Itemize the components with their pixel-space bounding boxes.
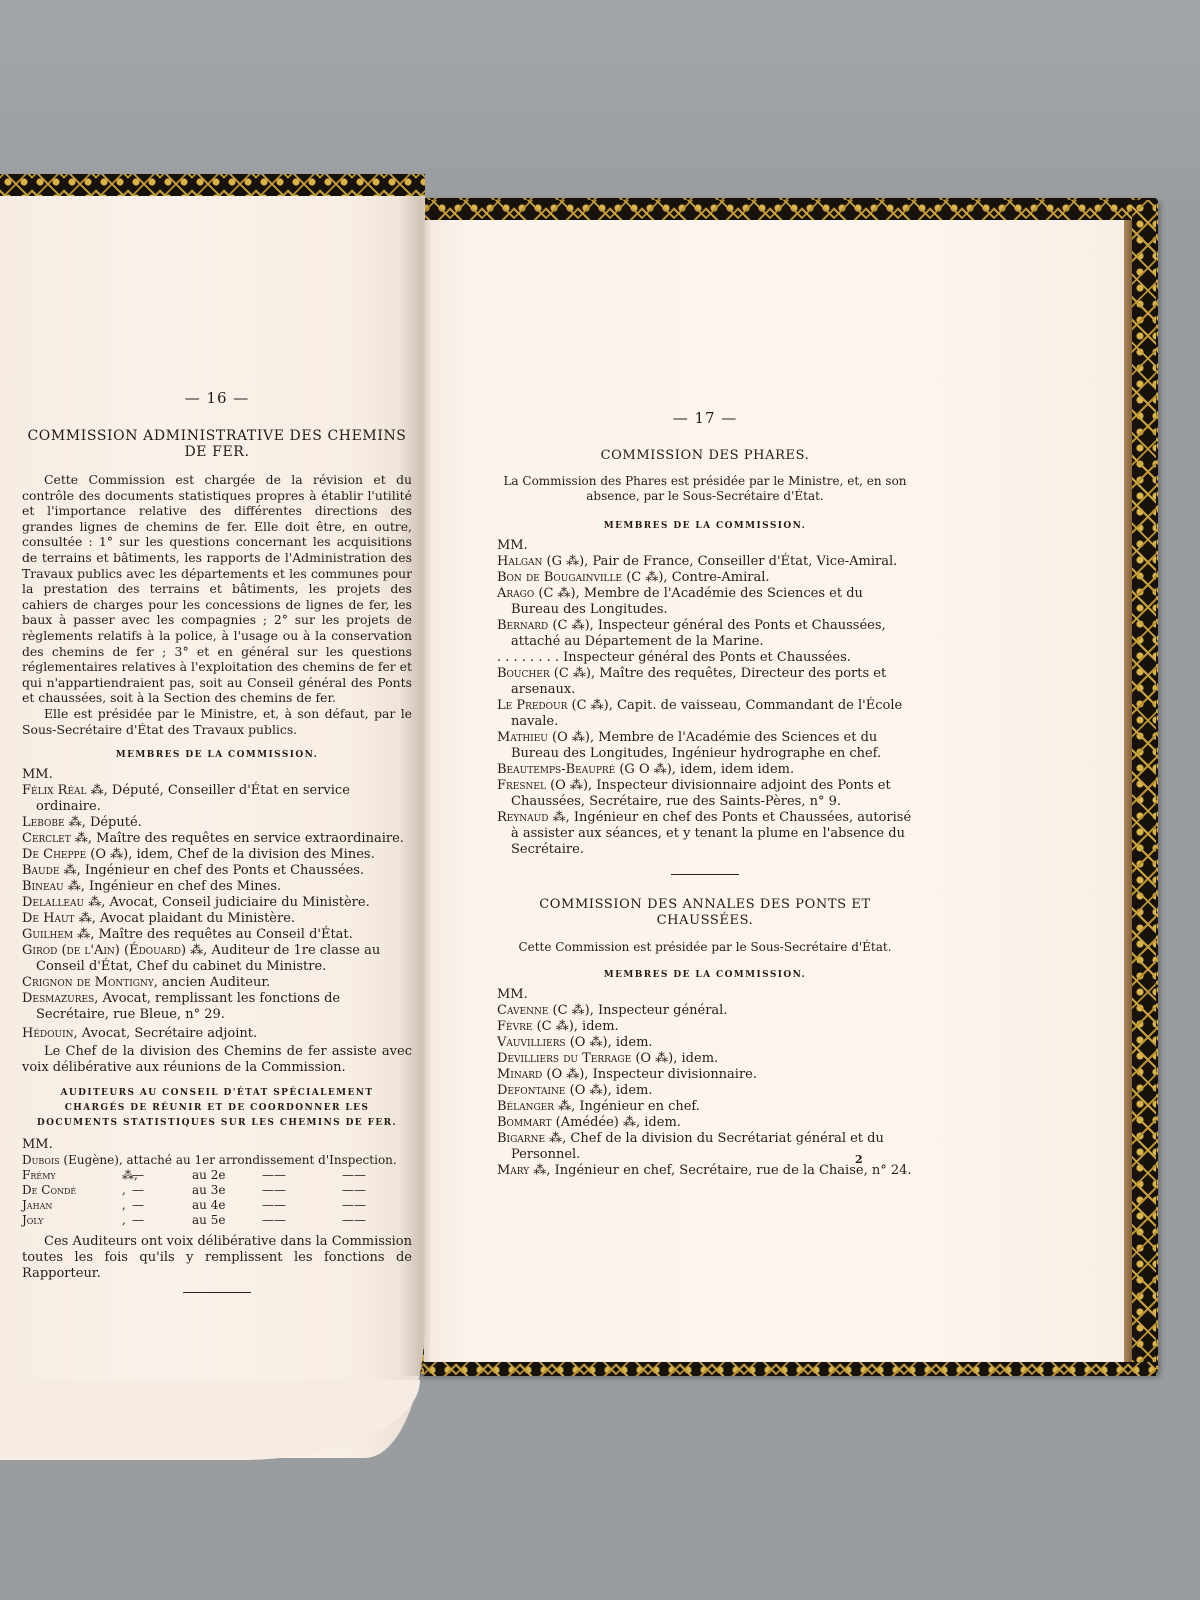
list-item: Le Predour (C ⁂), Capit. de vaisseau, Co…	[497, 698, 913, 730]
list-item: Delalleau ⁂, Avocat, Conseil judiciaire …	[22, 895, 412, 911]
members-heading: MEMBRES DE LA COMMISSION.	[22, 747, 412, 763]
members-heading: MEMBRES DE LA COMMISSION.	[497, 518, 913, 534]
list-item: Bigarne ⁂, Chef de la division du Secrét…	[497, 1131, 913, 1163]
list-item: Cavenne (C ⁂), Inspecteur général.	[497, 1003, 913, 1019]
list-item: Minard (O ⁂), Inspecteur divisionnaire.	[497, 1067, 913, 1083]
auditeurs-heading: AUDITEURS AU CONSEIL D'ÉTAT SPÉCIALEMENT…	[22, 1086, 412, 1131]
list-item: Joly,—au 5e————	[22, 1213, 412, 1228]
list-item: Girod (de l'Ain) (Édouard) ⁂, Auditeur d…	[22, 943, 412, 975]
background	[0, 0, 1200, 200]
list-item: Vauvilliers (O ⁂), idem.	[497, 1035, 913, 1051]
list-item: Félix Réal ⁂, Député, Conseiller d'État …	[22, 783, 412, 815]
list-item: Arago (C ⁂), Membre de l'Académie des Sc…	[497, 586, 913, 618]
list-item: Fèvre (C ⁂), idem.	[497, 1019, 913, 1035]
list-item: Mary ⁂, Ingénieur en chef, Secrétaire, r…	[497, 1163, 913, 1179]
divider	[671, 874, 739, 875]
list-item: Frémy ⁂,—au 2e————	[22, 1168, 412, 1183]
section-title: COMMISSION DES PHARES.	[497, 448, 913, 464]
member-list: Cavenne (C ⁂), Inspecteur général. Fèvre…	[497, 1003, 913, 1179]
list-item: Bommart (Amédée) ⁂, idem.	[497, 1115, 913, 1131]
closing-paragraph: Ces Auditeurs ont voix délibérative dans…	[22, 1234, 412, 1282]
list-item: Boucher (C ⁂), Maître des requêtes, Dire…	[497, 666, 913, 698]
right-page-text: — 17 — COMMISSION DES PHARES. La Commiss…	[497, 410, 913, 1179]
member-list: Halgan (G ⁂), Pair de France, Conseiller…	[497, 554, 913, 858]
divider	[183, 1292, 251, 1293]
list-item: Devilliers du Terrage (O ⁂), idem.	[497, 1051, 913, 1067]
list-item: Dubois (Eugène), attaché au 1er arrondis…	[22, 1153, 412, 1168]
list-item: Hédouin, Avocat, Secrétaire adjoint.	[22, 1026, 412, 1042]
list-item: Desmazures, Avocat, remplissant les fonc…	[22, 991, 412, 1023]
mm-label: MM.	[22, 1137, 412, 1153]
list-item: Guilhem ⁂, Maître des requêtes au Consei…	[22, 927, 412, 943]
list-item: Beautemps-Beaupré (G O ⁂), idem, idem id…	[497, 762, 913, 778]
list-item: De Condé,—au 3e————	[22, 1183, 412, 1198]
page-number: — 17 —	[497, 410, 913, 426]
list-item: Bernard (C ⁂), Inspecteur général des Po…	[497, 618, 913, 650]
list-item: Reynaud ⁂, Ingénieur en chef des Ponts e…	[497, 810, 913, 858]
intro-paragraph: La Commission des Phares est présidée pa…	[497, 474, 913, 504]
left-page-text: — 16 — COMMISSION ADMINISTRATIVE DES CHE…	[22, 390, 412, 1293]
gilt-border-right	[1132, 200, 1156, 1372]
gilt-border-top	[418, 200, 1156, 220]
members-heading: MEMBRES DE LA COMMISSION.	[497, 967, 913, 983]
mm-label: MM.	[497, 987, 913, 1003]
list-item: Fresnel (O ⁂), Inspecteur divisionnaire …	[497, 778, 913, 810]
list-item: Baude ⁂, Ingénieur en chef des Ponts et …	[22, 863, 412, 879]
mm-label: MM.	[22, 767, 412, 783]
list-item: Lebobe ⁂, Député.	[22, 815, 412, 831]
mm-label: MM.	[497, 538, 913, 554]
gilt-border-bottom	[424, 1362, 1156, 1376]
list-item: . . . . . . . . Inspecteur général des P…	[497, 650, 913, 666]
intro-paragraph: Cette Commission est présidée par le Sou…	[497, 939, 913, 955]
signature-mark: 2	[855, 1152, 863, 1168]
note-paragraph: Le Chef de la division des Chemins de fe…	[22, 1044, 412, 1076]
list-item: Mathieu (O ⁂), Membre de l'Académie des …	[497, 730, 913, 762]
list-item: Cerclet ⁂, Maître des requêtes en servic…	[22, 831, 412, 847]
list-item: Halgan (G ⁂), Pair de France, Conseiller…	[497, 554, 913, 570]
list-item: Bon de Bougainville (C ⁂), Contre-Amiral…	[497, 570, 913, 586]
section-title: COMMISSION ADMINISTRATIVE DES CHEMINS DE…	[22, 428, 412, 460]
list-item: De Cheppe (O ⁂), idem, Chef de la divisi…	[22, 847, 412, 863]
section-title: COMMISSION DES ANNALES DES PONTS ET CHAU…	[497, 897, 913, 929]
paragraph: Elle est présidée par le Ministre, et, à…	[22, 706, 412, 737]
page-number: — 16 —	[22, 390, 412, 406]
member-list: Félix Réal ⁂, Député, Conseiller d'État …	[22, 783, 412, 1042]
list-item: Defontaine (O ⁂), idem.	[497, 1083, 913, 1099]
paragraph: Cette Commission est chargée de la révis…	[22, 472, 412, 706]
list-item: De Haut ⁂, Avocat plaidant du Ministère.	[22, 911, 412, 927]
list-item: Bineau ⁂, Ingénieur en chef des Mines.	[22, 879, 412, 895]
auditeurs-list: Dubois (Eugène), attaché au 1er arrondis…	[22, 1153, 412, 1228]
list-item: Jahan,—au 4e————	[22, 1198, 412, 1213]
list-item: Bélanger ⁂, Ingénieur en chef.	[497, 1099, 913, 1115]
list-item: Crignon de Montigny, ancien Auditeur.	[22, 975, 412, 991]
